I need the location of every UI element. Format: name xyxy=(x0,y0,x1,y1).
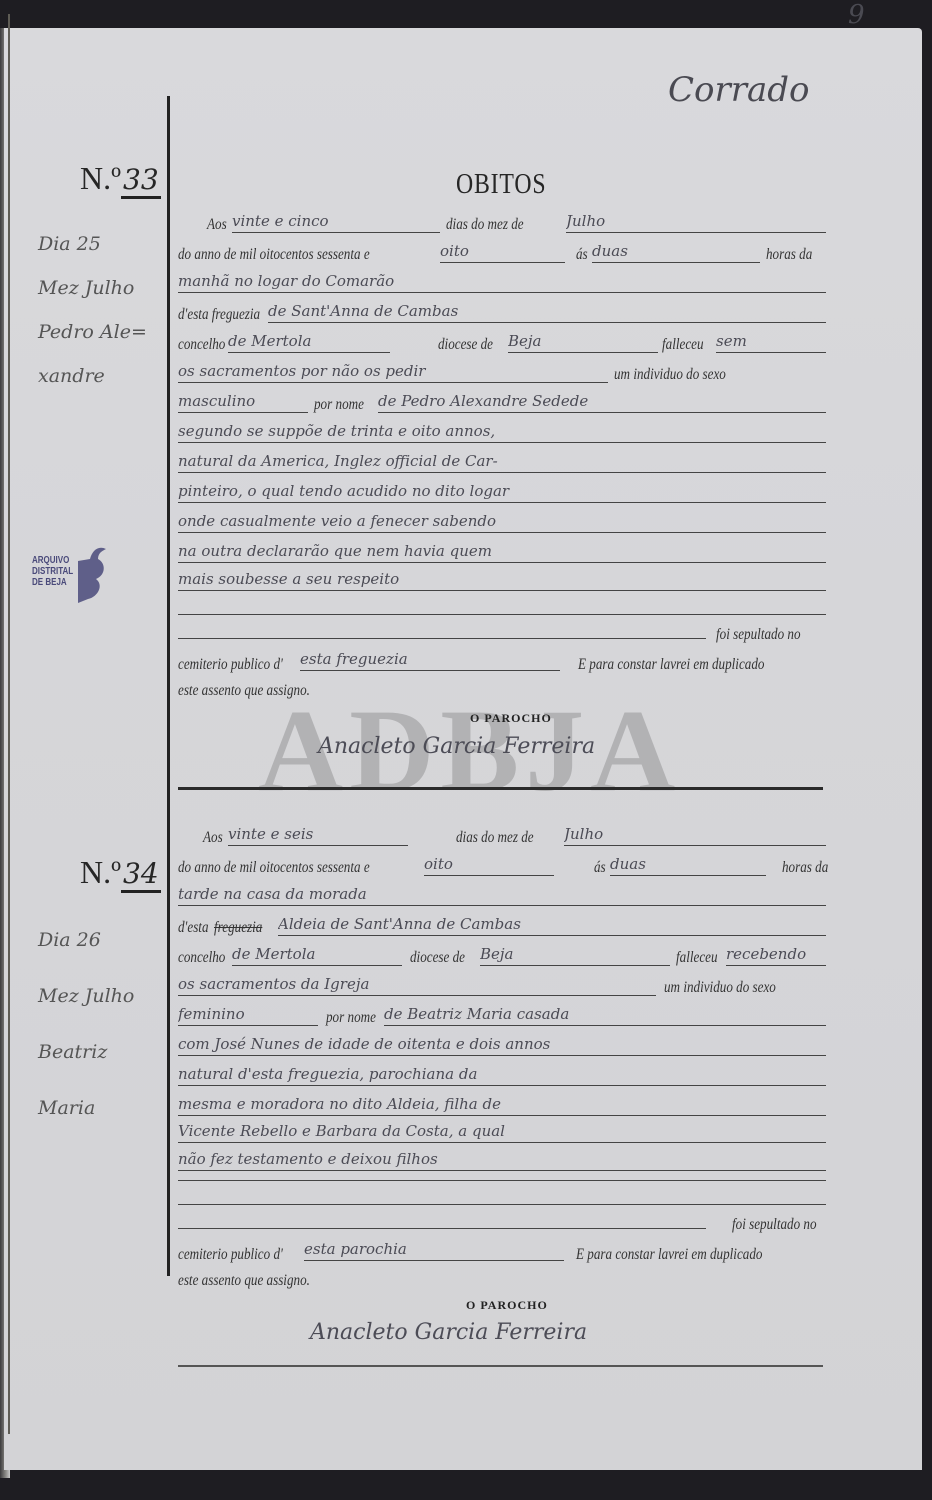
label-sepultado: foi sepultado no xyxy=(716,626,801,644)
label-constar: E para constar lavrei em duplicado xyxy=(578,656,764,674)
entry-number-value: 34 xyxy=(121,857,161,893)
label-sepultado: foi sepultado no xyxy=(732,1216,817,1234)
field-body-line: natural da America, Inglez official de C… xyxy=(178,450,826,473)
entry-number-34: N.º34 xyxy=(80,854,161,891)
field-freguezia: de Sant'Anna de Cambas xyxy=(268,300,826,323)
label-aos: Aos xyxy=(203,829,223,847)
margin-note-line: Mez Julho xyxy=(38,266,147,310)
field-body-line: natural d'esta freguezia, parochiana da xyxy=(178,1063,826,1086)
parish-priest-signature: Anacleto Garcia Ferreira xyxy=(310,1320,587,1345)
field-freguezia: Aldeia de Sant'Anna de Cambas xyxy=(278,913,826,936)
corner-annotation: Corrado xyxy=(668,70,810,110)
label-individuo: um individuo do sexo xyxy=(614,366,726,384)
margin-note-entry-33: Dia 25 Mez Julho Pedro Ale= xandre xyxy=(38,222,147,398)
label-anno: do anno de mil oitocentos sessenta e xyxy=(178,859,370,877)
margin-note-line: Beatriz xyxy=(38,1024,134,1080)
label-por-nome: por nome xyxy=(314,396,364,414)
margin-rule xyxy=(167,96,170,1276)
parocho-label: O PAROCHO xyxy=(466,1298,548,1313)
label-falleceu: falleceu xyxy=(676,949,718,967)
blank-rule xyxy=(178,638,706,639)
field-month: Julho xyxy=(566,210,826,233)
stamp-line: ARQUIVO xyxy=(32,555,73,566)
entry-separator xyxy=(178,1365,823,1367)
label-falleceu: falleceu xyxy=(662,336,704,354)
entry-number-33: N.º33 xyxy=(80,160,161,197)
margin-note-line: Maria xyxy=(38,1080,134,1136)
field-day: vinte e seis xyxy=(228,823,408,846)
field-hour: duas xyxy=(592,240,760,263)
label-concelho: concelho xyxy=(178,336,225,354)
field-name: de Beatriz Maria casada xyxy=(384,1003,826,1026)
field-year: oito xyxy=(424,853,554,876)
field-diocese: Beja xyxy=(480,943,670,966)
field-body-line: pinteiro, o qual tendo acudido no dito l… xyxy=(178,480,826,503)
field-name: de Pedro Alexandre Sedede xyxy=(378,390,826,413)
margin-note-line: Pedro Ale= xyxy=(38,310,147,354)
field-hour: duas xyxy=(610,853,766,876)
label-cemiterio: cemiterio publico d' xyxy=(178,1246,283,1264)
field-concelho: de Mertola xyxy=(228,330,390,353)
field-body-line: mais soubesse a seu respeito xyxy=(178,568,826,591)
field-concelho: de Mertola xyxy=(232,943,402,966)
parocho-label: O PAROCHO xyxy=(470,711,552,726)
field-body-line: com José Nunes de idade de oitenta e doi… xyxy=(178,1033,826,1056)
stamp-line: DE BEJA xyxy=(32,577,73,588)
label-freguezia-struck: freguezia xyxy=(214,919,262,937)
entry-number-label: N.º xyxy=(80,854,121,890)
page-title: OBITOS xyxy=(456,168,546,201)
field-cemiterio: esta freguezia xyxy=(300,648,560,671)
label-diocese: diocese de xyxy=(438,336,493,354)
field-body-line: onde casualmente veio a fenecer sabendo xyxy=(178,510,826,533)
field-sex: feminino xyxy=(178,1003,318,1026)
margin-note-line: Dia 25 xyxy=(38,222,147,266)
field-body-line: na outra declararão que nem havia quem xyxy=(178,540,826,563)
label-assento: este assento que assigno. xyxy=(178,1272,310,1290)
blank-rule xyxy=(178,1228,706,1229)
field-body-line: segundo se suppõe de trinta e oito annos… xyxy=(178,420,826,443)
margin-note-line: Dia 26 xyxy=(38,912,134,968)
label-dias-do-mez: dias do mez de xyxy=(446,216,524,234)
stamp-text: ARQUIVO DISTRITAL DE BEJA xyxy=(32,555,73,588)
archive-emblem-icon xyxy=(76,545,110,611)
label-anno: do anno de mil oitocentos sessenta e xyxy=(178,246,370,264)
label-aos: Aos xyxy=(207,216,227,234)
label-dias-do-mez: dias do mez de xyxy=(456,829,534,847)
field-body-line: Vicente Rebello e Barbara da Costa, a qu… xyxy=(178,1120,826,1143)
field-sex: masculino xyxy=(178,390,308,413)
field-cemiterio: esta parochia xyxy=(304,1238,564,1261)
field-body-line: não fez testamento e deixou filhos xyxy=(178,1148,826,1171)
field-sacramentos: os sacramentos da Igreja xyxy=(178,973,656,996)
entry-number-label: N.º xyxy=(80,160,121,196)
label-freguezia: d'esta freguezia xyxy=(178,306,260,324)
field-falleceu-note: sem xyxy=(716,330,826,353)
archive-stamp: ARQUIVO DISTRITAL DE BEJA xyxy=(32,545,112,611)
label-por-nome: por nome xyxy=(326,1009,376,1027)
label-individuo: um individuo do sexo xyxy=(664,979,776,997)
entry-number-value: 33 xyxy=(121,163,161,199)
blank-rule xyxy=(178,1180,826,1181)
field-falleceu-note: recebendo xyxy=(726,943,826,966)
field-diocese: Beja xyxy=(508,330,658,353)
entry-separator xyxy=(178,787,823,790)
label-horas-da: horas da xyxy=(766,246,812,264)
label-as: ás xyxy=(594,859,606,877)
label-cemiterio: cemiterio publico d' xyxy=(178,656,283,674)
label-as: ás xyxy=(576,246,588,264)
field-period-place: manhã no logar do Comarão xyxy=(178,270,826,293)
label-freguezia: d'esta xyxy=(178,919,209,937)
binding-line xyxy=(8,14,10,1434)
margin-note-line: Mez Julho xyxy=(38,968,134,1024)
field-period-place: tarde na casa da morada xyxy=(178,883,826,906)
parish-priest-signature: Anacleto Garcia Ferreira xyxy=(318,734,595,759)
blank-rule xyxy=(178,614,826,615)
label-constar: E para constar lavrei em duplicado xyxy=(576,1246,762,1264)
folio-number: 9 xyxy=(848,0,865,30)
margin-note-entry-34: Dia 26 Mez Julho Beatriz Maria xyxy=(38,912,134,1136)
stamp-line: DISTRITAL xyxy=(32,566,73,577)
blank-rule xyxy=(178,1204,826,1205)
field-year: oito xyxy=(440,240,565,263)
label-diocese: diocese de xyxy=(410,949,465,967)
field-sacramentos: os sacramentos por não os pedir xyxy=(178,360,608,383)
label-assento: este assento que assigno. xyxy=(178,682,310,700)
label-concelho: concelho xyxy=(178,949,225,967)
label-horas-da: horas da xyxy=(782,859,828,877)
field-day: vinte e cinco xyxy=(232,210,440,233)
margin-note-line: xandre xyxy=(38,354,147,398)
field-month: Julho xyxy=(564,823,826,846)
field-body-line: mesma e moradora no dito Aldeia, filha d… xyxy=(178,1093,826,1116)
